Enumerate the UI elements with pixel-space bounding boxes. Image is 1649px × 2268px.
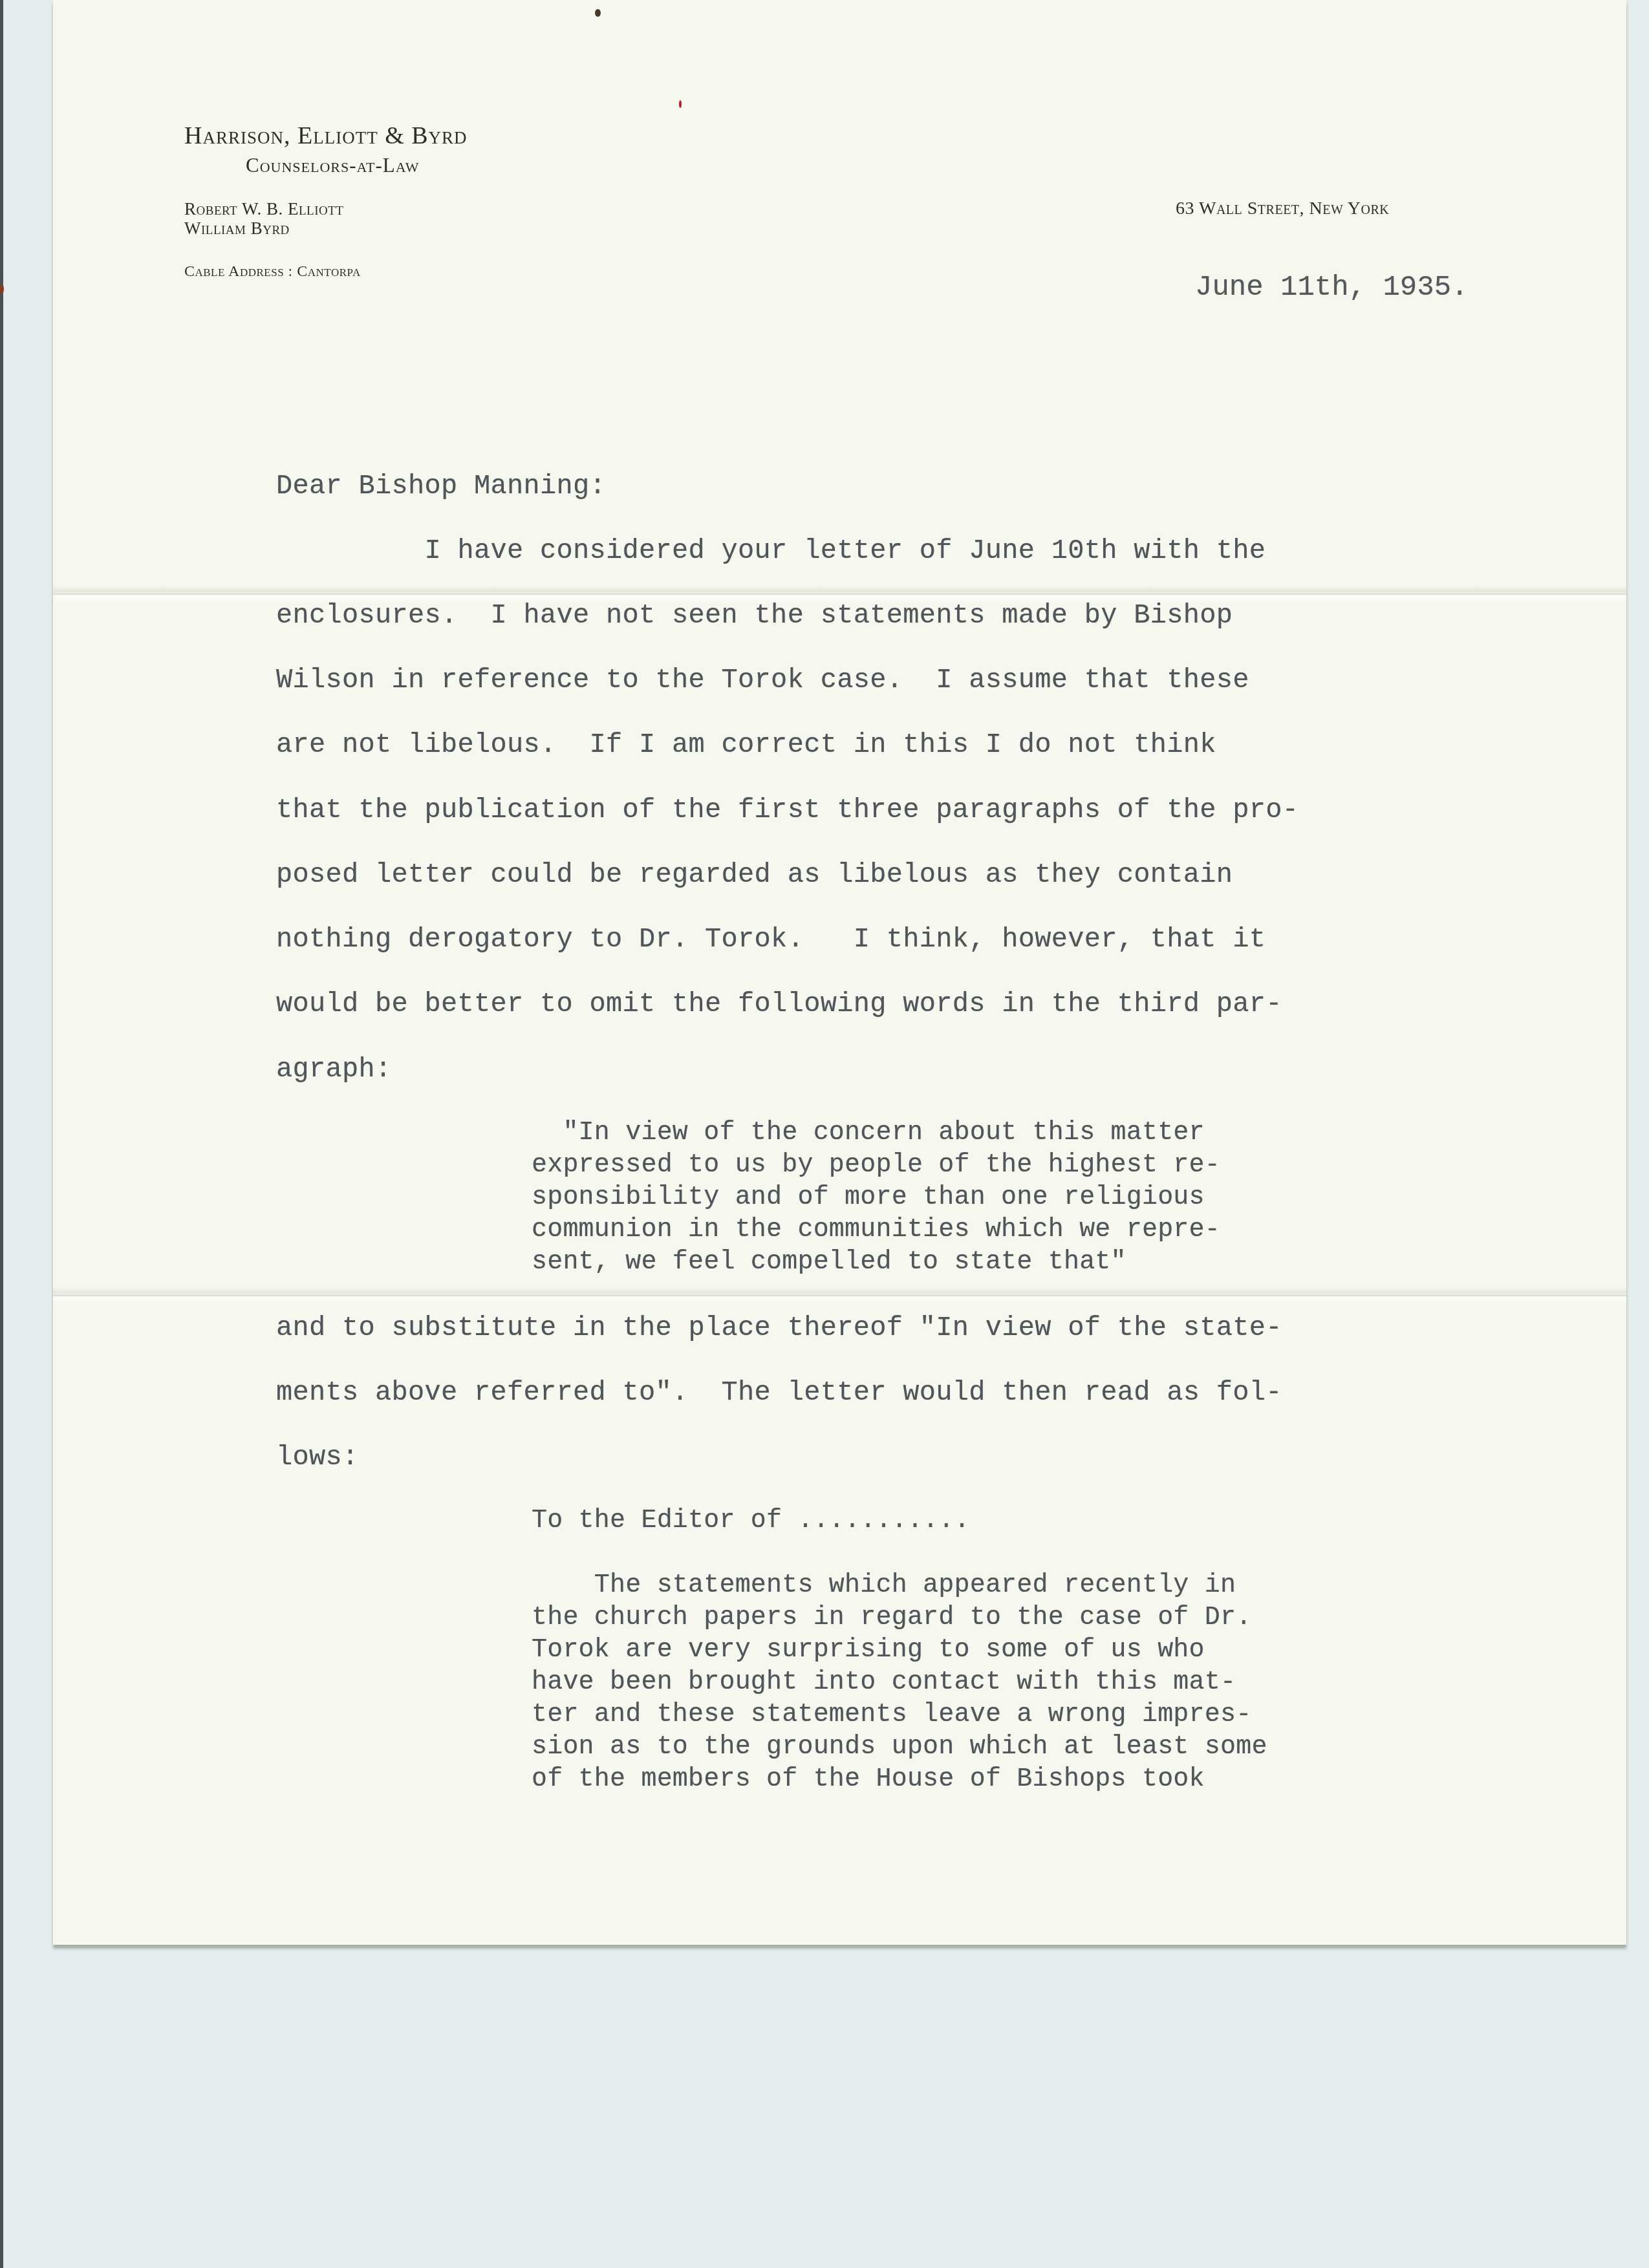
proposed-letter-line: of the members of the House of Bishops t…	[532, 1765, 1205, 1794]
body-line: ments above referred to". The letter wou…	[276, 1377, 1282, 1408]
proposed-letter-line: the church papers in regard to the case …	[532, 1603, 1251, 1632]
ink-speck	[0, 284, 4, 294]
proposed-letter-line: have been brought into contact with this…	[532, 1668, 1236, 1697]
fold-crease	[53, 594, 1626, 595]
quote-line: expressed to us by people of the highest…	[532, 1151, 1220, 1180]
body-line: lows:	[276, 1442, 359, 1473]
quote-line: sponsibility and of more than one religi…	[532, 1183, 1205, 1212]
proposed-letter-line: Torok are very surprising to some of us …	[532, 1636, 1205, 1665]
scanner-edge	[0, 0, 3, 2268]
body-line: Wilson in reference to the Torok case. I…	[276, 665, 1249, 696]
body-line: I have considered your letter of June 10…	[276, 535, 1266, 566]
quote-line: sent, we feel compelled to state that"	[532, 1248, 1126, 1277]
partner-name: Robert W. B. Elliott	[184, 199, 343, 219]
street-address: 63 Wall Street, New York	[1176, 198, 1389, 219]
proposed-letter-line: sion as to the grounds upon which at lea…	[532, 1733, 1267, 1762]
firm-name: Harrison, Elliott & Byrd	[184, 122, 468, 150]
body-line: and to substitute in the place thereof "…	[276, 1312, 1282, 1343]
quote-line: communion in the communities which we re…	[532, 1215, 1220, 1245]
proposed-letter-line: ter and these statements leave a wrong i…	[532, 1700, 1251, 1729]
body-line: posed letter could be regarded as libelo…	[276, 859, 1233, 890]
cable-address: Cable Address : Cantorpa	[184, 263, 361, 281]
quote-line: "In view of the concern about this matte…	[532, 1118, 1205, 1148]
body-line: enclosures. I have not seen the statemen…	[276, 600, 1233, 631]
body-line: agraph:	[276, 1054, 392, 1085]
body-line: are not libelous. If I am correct in thi…	[276, 729, 1216, 760]
firm-subtitle: Counselors-at-Law	[246, 154, 420, 177]
ink-speck	[595, 9, 601, 17]
proposed-letter-addressee: To the Editor of ...........	[532, 1506, 970, 1535]
body-line: that the publication of the first three …	[276, 795, 1299, 826]
proposed-letter-line: The statements which appeared recently i…	[532, 1571, 1236, 1600]
body-line: nothing derogatory to Dr. Torok. I think…	[276, 924, 1266, 955]
letter-date: June 11th, 1935.	[1195, 272, 1468, 304]
partner-name: William Byrd	[184, 219, 290, 239]
fold-crease	[53, 1295, 1626, 1296]
body-line: would be better to omit the following wo…	[276, 989, 1282, 1020]
salutation: Dear Bishop Manning:	[276, 471, 606, 502]
ink-speck	[679, 100, 682, 108]
